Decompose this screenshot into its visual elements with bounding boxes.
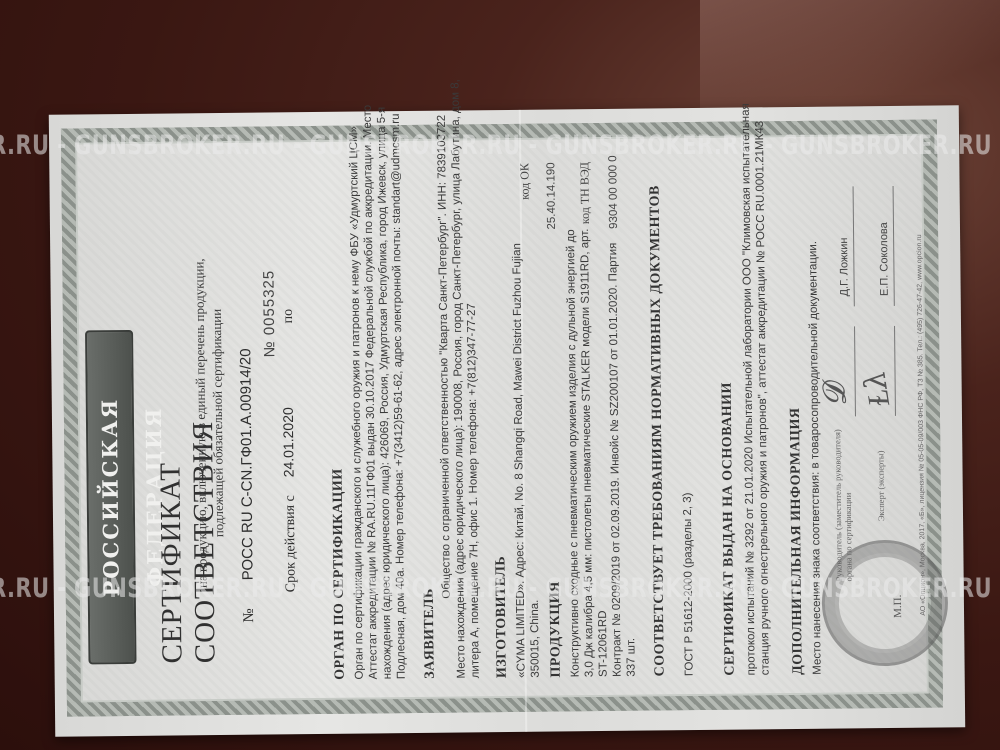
- country-banner: РОССИЙСКАЯ ФЕДЕРАЦИЯ: [85, 330, 136, 664]
- certificate-rotated-content: РОССИЙСКАЯ ФЕДЕРАЦИЯ СЕРТИФИКАТ СООТВЕТС…: [77, 136, 933, 705]
- head-signature: 𝓓: [816, 381, 854, 409]
- signature-line: [854, 326, 856, 416]
- section-text-basis: протокол испытаний № 3292 от 21.01.2020 …: [739, 103, 773, 675]
- section-heading-cert-body: ОРГАН ПО СЕРТИФИКАЦИИ: [330, 468, 348, 680]
- section-heading-applicant: ЗАЯВИТЕЛЬ: [422, 588, 439, 679]
- okpd-code: 25.40.14.190: [545, 162, 558, 229]
- certificate-number: РОСС RU С-CN.ГФ01.А.00914/20: [237, 348, 256, 580]
- valid-from-date: 24.01.2020: [280, 407, 297, 477]
- tnved-label: код ТН ВЭД: [577, 162, 593, 224]
- stamp-label: М.П.: [892, 595, 904, 618]
- expert-signature: Ɫλ: [857, 368, 897, 409]
- section-text-applicant: Общество с ограниченной ответственностью…: [434, 79, 482, 679]
- section-heading-basis: СЕРТИФИКАТ ВЫДАН НА ОСНОВАНИИ: [720, 382, 739, 676]
- expert-name: Е.П. Соколова: [878, 222, 891, 296]
- section-text-product: Конструктивно сходные с пневматическим о…: [564, 228, 639, 677]
- number-label: №: [241, 608, 257, 622]
- tnved-code: 9304 00 000 0: [607, 155, 620, 229]
- head-signatory-name: Д.Г. Ложкин: [838, 238, 851, 297]
- section-text-standards: ГОСТ Р 51612-2000 (разделы 2, 3): [681, 492, 697, 676]
- section-heading-additional: ДОПОЛНИТЕЛЬНАЯ ИНФОРМАЦИЯ: [788, 407, 807, 675]
- expert-label: Эксперт (эксперты): [875, 451, 886, 522]
- certificate-subtitle: на продукцию, включенную в единый перече…: [189, 143, 229, 703]
- serial-number: № 0055325: [260, 270, 278, 358]
- name-line: [853, 186, 855, 306]
- validity-row: Срок действия с 24.01.2020 по: [279, 309, 300, 593]
- signature-line: [894, 326, 896, 416]
- text-line: ГОСТ Р 51612-2000 (разделы 2, 3): [681, 492, 697, 676]
- certificate-document: РОССИЙСКАЯ ФЕДЕРАЦИЯ СЕРТИФИКАТ СООТВЕТС…: [77, 136, 933, 705]
- section-heading-manufacturer: ИЗГОТОВИТЕЛЬ: [493, 556, 510, 678]
- head-signatory-label: Руководитель (заместитель руководителя) …: [832, 411, 854, 581]
- section-heading-product: ПРОДУКЦИЯ: [548, 581, 565, 677]
- okpd-label: код ОК: [517, 163, 532, 200]
- section-heading-standards: СООТВЕТСТВУЕТ ТРЕБОВАНИЯМ НОРМАТИВНЫХ ДО…: [648, 185, 669, 676]
- section-text-manufacturer: «CYMA LIMITED». Адрес: Китай, No. 8 Shan…: [510, 243, 543, 678]
- validity-label: Срок действия с: [283, 495, 299, 592]
- name-line: [893, 186, 895, 306]
- certificate-paper: РОССИЙСКАЯ ФЕДЕРАЦИЯ СЕРТИФИКАТ СООТВЕТС…: [49, 105, 965, 736]
- section-text-cert-body: Орган по сертификации гражданского и слу…: [347, 105, 409, 680]
- certificate-number-row: № РОСС RU С-CN.ГФ01.А.00914/20: [237, 348, 258, 622]
- valid-to-label: по: [281, 309, 296, 324]
